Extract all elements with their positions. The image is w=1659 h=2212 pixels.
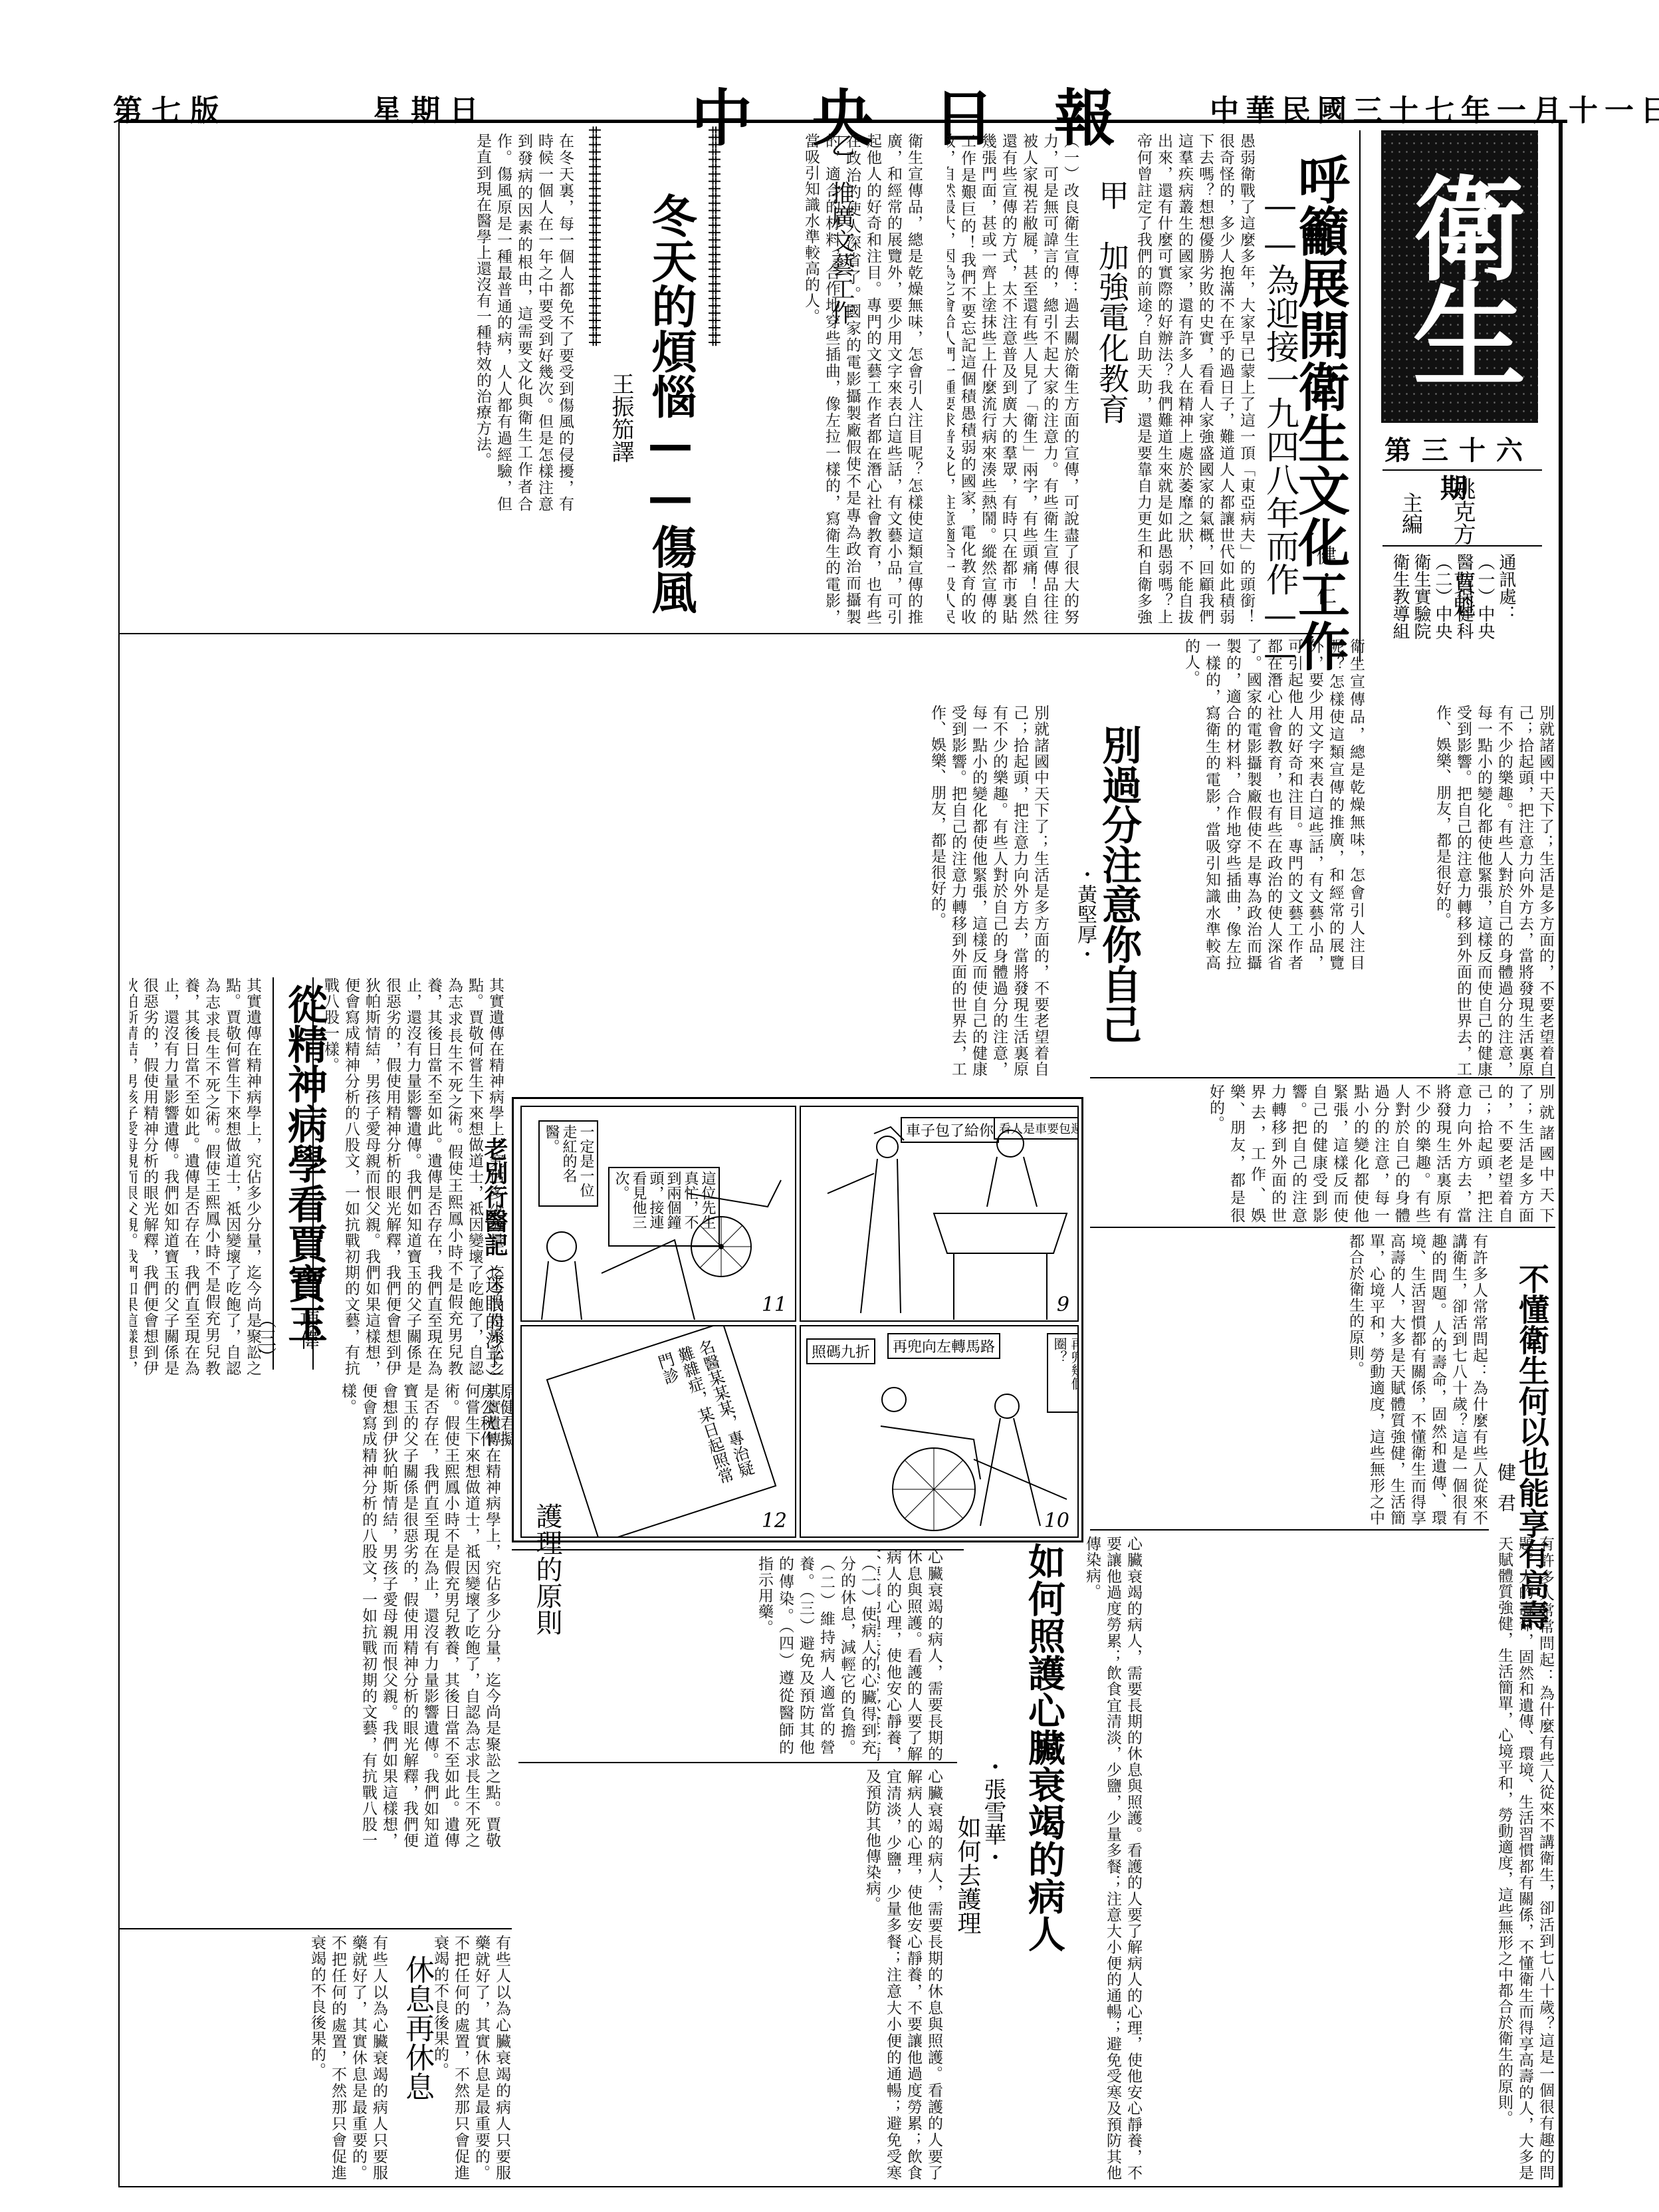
section-a-heading: 甲 加強電化教育 (1090, 180, 1134, 424)
winter-text-top: 在冬天裏，每一個人都免不了要受到傷風的侵擾，有時候一個人在一年之中要受到好幾次。… (130, 133, 575, 512)
panel-9-drawing (801, 1107, 1079, 1322)
right-frame-rule (1559, 120, 1563, 2187)
self-text-right: 別就諸國中天下了；生活是多方面的，不要老望着自己；拾起頭，把注意力向外方去，當將… (1143, 705, 1555, 1077)
lead-author: 健・仁 (1309, 545, 1339, 605)
horizontal-divider-3 (1090, 1227, 1555, 1228)
heart-text-right: 心臟衰竭的病人，需要長期的休息與照護。看護的人要了解病人的心理，使他安心靜養，不… (1077, 1536, 1143, 2181)
horizontal-divider-7 (120, 1928, 512, 1929)
heart-text-lower: 心臟衰竭的病人，需要長期的休息與照護。看護的人要了解病人的心理，使他安心靜養，不… (518, 1769, 944, 2181)
cartoon-panel-9: 車子包了給你 看人是車要包週到運氣差了 9 (800, 1106, 1079, 1322)
psychiatry-text-lower: 其實遺傳在精神病學上，究佔多少分量，迄今尚是聚訟之點。賈敬何嘗生下來想做道士，祗… (130, 1383, 502, 1848)
contact-1: （一）中央醫院保健科 (1454, 553, 1495, 640)
heart-headline: 如何照護心臟衰竭的病人 (1017, 1542, 1070, 1952)
panel-12-ad-text: 名醫某某某，專治疑難雜症，某日起照常門診 (652, 1337, 758, 1496)
masthead-texture (1381, 130, 1538, 423)
section-a-label: 甲 (1094, 180, 1130, 210)
cartoon-strip: 一定是一位走紅的名醫。 這位先生真忙，不到兩個鐘頭，接連看見他三次。 11 車子… (512, 1097, 1083, 1542)
section-b-text: 衛生宣傳品，總是乾燥無味，怎會引人注目呢？怎樣使這類宣傳的推廣，和經常的展覽外，… (724, 133, 924, 625)
cartoon-panel-11: 一定是一位走紅的名醫。 這位先生真忙，不到兩個鐘頭，接連看見他三次。 11 (520, 1106, 796, 1322)
horizontal-divider-2 (1090, 1077, 1555, 1078)
self-text-left: 別就諸國中天下了；生活是多方面的，不要老望着自己；拾起頭，把注意力向外方去，當將… (518, 705, 1050, 1077)
cartoon-subtitle: （迷眼的沙子） (480, 1257, 506, 1387)
cartoon-title: 老別行醫記 (477, 1137, 511, 1257)
longevity-text-top: 有許多人常常問起：為什麼有些人從來不講衛生，卻活到七八十歲？這是一個很有趣的問題… (1090, 1233, 1489, 1526)
self-text-continued: 別就諸國中天下了；生活是多方面的，不要老望着自己；拾起頭，把注意力向外方去，當將… (1090, 1084, 1555, 1223)
panel-11-drawing (522, 1107, 796, 1322)
masthead-divider-2 (1382, 545, 1542, 547)
lead-subheadline: ——為迎接一九四八年而作—— (1256, 186, 1304, 673)
nursing-principles-text: （一）使病人的心臟得到充分的休息，減輕它的負擔。（二）維持病人適當的營養。（三）… (572, 1556, 877, 1755)
heart-text-top: 心臟衰竭的病人，需要長期的休息與照護。看護的人要了解病人的心理，使他安心靜養，不… (877, 1549, 944, 1762)
panel-number: 9 (1057, 1293, 1069, 1316)
winter-headline: 冬天的煩惱——傷風 (638, 193, 703, 614)
horizontal-divider-6 (512, 1549, 964, 1550)
horizontal-divider-5 (518, 1762, 957, 1763)
contact-label: 通訊處： (1496, 553, 1516, 622)
ornamental-border-right: ǂǂǂǂǂǂǂǂǂǂǂǂǂǂǂǂǂǂǂǂǂǂǂǂǂǂǂǂǂǂ (705, 126, 723, 632)
panel-number: 10 (1044, 1509, 1069, 1533)
editor-1: 姚克方 (1449, 477, 1476, 545)
masthead-left-rule (1359, 130, 1361, 662)
contact-info: 通訊處： （一）中央醫院保健科 （二）中央衛生實驗院衛生教導組 (1389, 553, 1517, 640)
panel-12-newspaper: 名醫某某某，專治疑難雜症，某日起照常門診 (546, 1325, 777, 1538)
column-masthead: 衛生 (1381, 130, 1538, 423)
rest-text-right: 有些人以為心臟衰竭的病人只要服藥就好了，其實休息是最重要的。不把任何的處置，不然… (425, 1935, 512, 2181)
contact-2: （二）中央衛生實驗院衛生教導組 (1390, 553, 1452, 640)
rest-text-left: 有些人以為心臟衰竭的病人只要服藥就好了，其實休息是最重要的。不把任何的處置，不然… (130, 1935, 389, 2181)
winter-author: 王振笳譯 (605, 372, 637, 463)
panel-number: 11 (762, 1293, 787, 1316)
psychiatry-author: 項偉 (292, 1310, 322, 1350)
horizontal-divider-1 (120, 633, 1343, 634)
ornamental-border-left: ǂǂǂǂǂǂǂǂǂǂǂǂǂǂǂǂǂǂǂǂǂǂǂǂǂǂǂǂǂǂ (585, 126, 604, 632)
longevity-text-bottom: 有許多人常常問起：為什麼有些人從來不講衛生，卻活到七八十歲？這是一個很有趣的問題… (1143, 1536, 1555, 2181)
bottom-frame-rule (118, 2186, 1561, 2187)
psychiatry-text-left: 其實遺傳在精神病學上，究佔多少分量，迄今尚是聚訟之點。賈敬何嘗生下來想做道士，祗… (130, 977, 263, 1376)
self-author: ・黃堅厚・ (1070, 864, 1099, 964)
section-a-title: 加強電化教育 (1094, 241, 1130, 424)
longevity-author: 健君 (1492, 1463, 1519, 1524)
left-frame-rule (118, 120, 120, 2187)
top-frame-rule (118, 120, 1567, 123)
lead-intro-text: 愚弱衛戰了這麼多年，大家早已蒙上了這一頂「東亞病夫」的頭銜！很奇怪的，多少人抱滿… (1137, 133, 1256, 625)
section-a-text: （一）改良衛生宣傳：過去關於衛生方面的宣傳，可說盡了很大的努力，可是無可諱言的，… (947, 133, 1080, 625)
nursing-principles-headline: 護理的原則 (528, 1503, 566, 1636)
horizontal-divider-4 (1090, 1529, 1489, 1531)
heart-subheading: 如何去護理 (950, 1815, 984, 1935)
cartoon-panel-10: 照碼九折 再兜向左轉馬路 再兜幾個圈？ 10 (800, 1325, 1079, 1538)
cartoon-credit-2: 房公秋作 (475, 1383, 498, 1447)
panel-10-drawing (801, 1326, 1079, 1538)
masthead-divider (1382, 469, 1542, 471)
editor-label: 主編 (1396, 492, 1426, 535)
panel-number: 12 (762, 1509, 787, 1533)
